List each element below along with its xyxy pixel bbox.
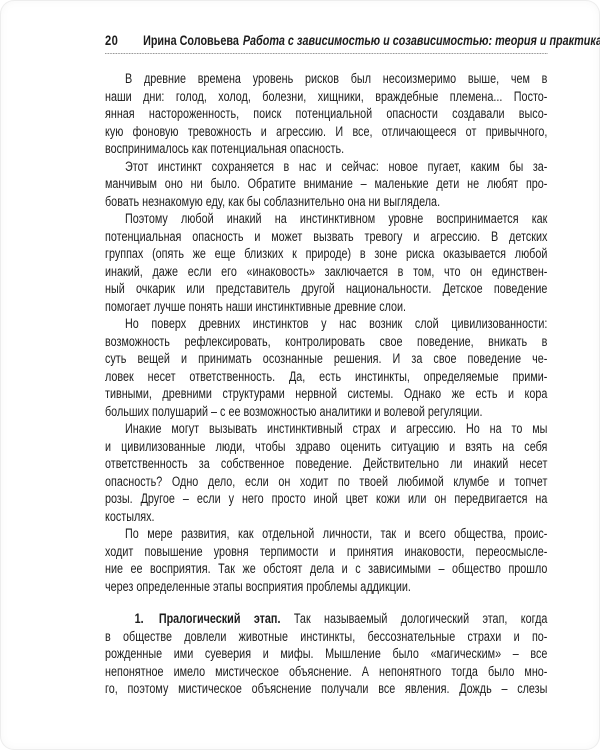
text-line: инакий, даже если его «инаковость» заклю… [105,263,547,281]
text-line: через определенные этапы восприятия проб… [105,578,547,596]
text-line: возможность рефлексировать, контролирова… [105,333,547,351]
text-line: 1.Пралогический этап. Так называемый дол… [105,610,547,628]
text-line: ответственность за собственное поведение… [105,455,547,473]
text-line: бовать незнакомую еду, как бы соблазните… [105,193,547,211]
text-line: янная настороженность, поиск потенциальн… [105,105,547,123]
text-line: Этот инстинкт сохраняется в нас и сейчас… [105,158,547,176]
text-line: потенциальная опасность и может вызвать … [105,228,547,246]
text-line: го, поэтому мистическое объяснение получ… [105,680,547,698]
text-line: воспринималось как потенциальная опаснос… [105,140,547,158]
book-page: 20Ирина СоловьеваРабота с зависимостью и… [0,0,600,750]
numbered-item: 1.Пралогический этап. Так называемый дол… [105,610,547,698]
text-line: манчивым оно ни было. Обратите внимание … [105,175,547,193]
paragraph: Поэтому любой инакий на инстинктивном ур… [105,210,547,315]
book-title: Работа с зависимостью и созависимостью: … [243,33,600,48]
text-line: кую фоновую тревожность и агрессию. И вс… [105,123,547,141]
paragraph: В древние времена уровень рисков был нес… [105,70,547,158]
book-author: Ирина Соловьева [143,33,239,48]
text-line: розы. Другое – если у него просто иной ц… [105,490,547,508]
paragraph: Но поверх древних инстинктов у нас возни… [105,315,547,420]
text-line: наши дни: голод, холод, болезни, хищники… [105,88,547,106]
text-line: и цивилизованные люди, чтобы здраво оцен… [105,438,547,456]
paragraph: Этот инстинкт сохраняется в нас и сейчас… [105,158,547,211]
text-line: В древние времена уровень рисков был нес… [105,70,547,88]
running-header: 20Ирина СоловьеваРабота с зависимостью и… [105,33,547,48]
page-content: 20Ирина СоловьеваРабота с зависимостью и… [105,33,547,698]
text-line: рожденные ими суеверия и мифы. Мышление … [105,645,547,663]
text-line: Но поверх древних инстинктов у нас возни… [105,315,547,333]
paragraph: По мере развития, как отдельной личности… [105,525,547,595]
text-line: По мере развития, как отдельной личности… [105,525,547,543]
paragraph: Инакие могут вызывать инстинктивный стра… [105,420,547,525]
text-line: в обществе довлели животные инстинкты, б… [105,628,547,646]
text-line: суть вещей и принимать осознанные решени… [105,350,547,368]
text-line: группах (опять же еще близких к природе)… [105,245,547,263]
page-number: 20 [105,32,118,48]
body-text: В древние времена уровень рисков был нес… [105,70,547,595]
text-line: больших полушарий – с ее возможностью ан… [105,403,547,421]
item-heading: Пралогический этап. [159,611,281,626]
text-line: ходит повышение уровня терпимости и прин… [105,543,547,561]
text-line: костылях. [105,508,547,526]
text-line: Поэтому любой инакий на инстинктивном ур… [105,210,547,228]
text-line: ние ее восприятия. Так же обстоят дела и… [105,560,547,578]
condensed-text-block: 20Ирина СоловьеваРабота с зависимостью и… [105,33,547,698]
dotted-separator [105,53,547,54]
text-line: тивными, древними структурами нервной си… [105,385,547,403]
text-line: непонятное имело мистическое объяснение.… [105,663,547,681]
item-first-line-text: Так называемый дологический этап, когда [294,611,548,626]
text-line: помогает лучше понять наши инстинктивные… [105,298,547,316]
item-lines: в обществе довлели животные инстинкты, б… [105,628,547,698]
text-line: опасность? Одно дело, если он ходит по т… [105,473,547,491]
text-line: ный очкарик или представитель другой нац… [105,280,547,298]
text-line: Инакие могут вызывать инстинктивный стра… [105,420,547,438]
item-number: 1. [135,611,144,626]
text-line: ловек несет ответственность. Да, есть ин… [105,368,547,386]
